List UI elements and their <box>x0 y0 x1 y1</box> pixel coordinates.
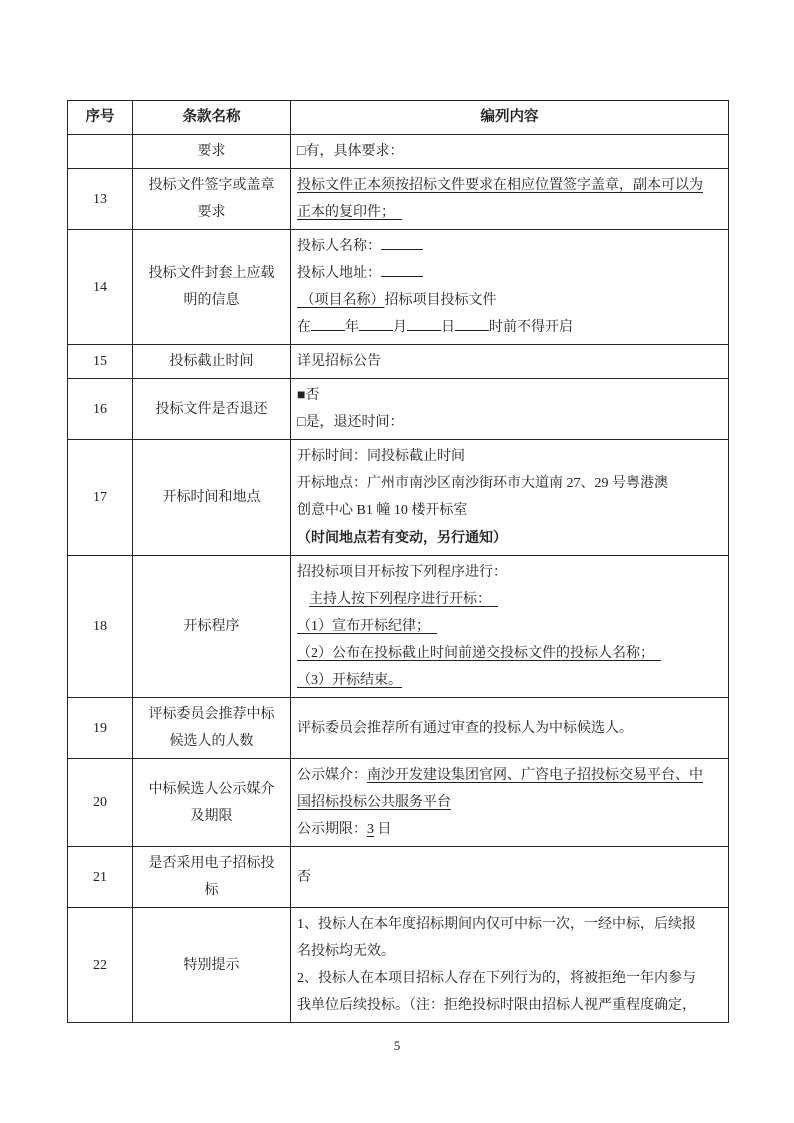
text-run: 国招标投标公共服务平台 <box>297 795 451 810</box>
content-line: 1、投标人在本年度招标期间内仅可中标一次，一经中标，后续报 <box>297 911 712 938</box>
content-line: 公示媒介：南沙开发建设集团官网、广咨电子招投标交易平台、中 <box>297 762 712 789</box>
row-number: 20 <box>68 759 133 847</box>
blank-field <box>359 318 393 331</box>
col-header-no: 序号 <box>68 101 133 135</box>
clause-name: 投标文件是否退还 <box>133 379 291 440</box>
table-header-row: 序号 条款名称 编列内容 <box>68 101 729 135</box>
text-run: 有，具体要求： <box>305 144 403 159</box>
text-run: （1）宣布开标纪律； <box>297 619 437 634</box>
clause-name: 中标候选人公示媒介及期限 <box>133 759 291 847</box>
clause-content: 投标文件正本须按招标文件要求在相应位置签字盖章，副本可以为正本的复印件； <box>291 169 729 230</box>
text-run: 1、投标人在本年度招标期间内仅可中标一次，一经中标，后续报 <box>297 917 696 932</box>
content-line: 主持人按下列程序进行开标： <box>297 586 712 613</box>
row-number <box>68 135 133 169</box>
row-number: 21 <box>68 847 133 908</box>
text-run: 否 <box>297 870 311 885</box>
row-number: 19 <box>68 698 133 759</box>
text-run: 日 <box>441 320 455 335</box>
content-line: 在年月日时前不得开启 <box>297 314 712 341</box>
clause-name: 开标程序 <box>133 556 291 698</box>
text-run: 公示期限： <box>297 822 367 837</box>
col-header-clause-name: 条款名称 <box>133 101 291 135</box>
table-row: 21是否采用电子招标投标否 <box>68 847 729 908</box>
table-row: 19评标委员会推荐中标候选人的人数评标委员会推荐所有通过审查的投标人为中标候选人… <box>68 698 729 759</box>
content-line: 评标委员会推荐所有通过审查的投标人为中标候选人。 <box>297 715 712 742</box>
table-row: 13投标文件签字或盖章要求投标文件正本须按招标文件要求在相应位置签字盖章，副本可… <box>68 169 729 230</box>
text-run: 评标委员会推荐所有通过审查的投标人为中标候选人。 <box>297 721 633 736</box>
content-line: □是，退还时间： <box>297 409 712 436</box>
text-run: 否 <box>305 388 319 403</box>
text-run: 开标地点：广州市南沙区南沙街环市大道南 27、29 号粤港澳 <box>297 476 668 491</box>
text-run: 主持人按下列程序进行开标： <box>309 592 498 607</box>
text-run: （项目名称） <box>297 293 385 308</box>
text-run: 我单位后续投标。（注：拒绝投标时限由招标人视严重程度确定， <box>297 998 696 1013</box>
text-run: 2、投标人在本项目招标人存在下列行为的，将被拒绝一年内参与 <box>297 971 696 986</box>
text-run: 投标文件正本须按招标文件要求在相应位置签字盖章，副本可以为 <box>297 178 703 193</box>
text-run: （2）公布在投标截止时间前递交投标文件的投标人名称； <box>297 646 661 661</box>
clause-content: 公示媒介：南沙开发建设集团官网、广咨电子招投标交易平台、中国招标投标公共服务平台… <box>291 759 729 847</box>
blank-field <box>311 318 345 331</box>
content-line: 公示期限：3 日 <box>297 816 712 843</box>
clause-name: 是否采用电子招标投标 <box>133 847 291 908</box>
text-run: 创意中心 B1 幢 10 楼开标室 <box>297 503 467 518</box>
content-line: 开标时间：同投标截止时间 <box>297 443 712 470</box>
clause-name: 特别提示 <box>133 908 291 1023</box>
content-line: □有，具体要求： <box>297 138 712 165</box>
table-row: 22特别提示1、投标人在本年度招标期间内仅可中标一次，一经中标，后续报名投标均无… <box>68 908 729 1023</box>
content-line: 2、投标人在本项目招标人存在下列行为的，将被拒绝一年内参与 <box>297 965 712 992</box>
clause-content: 开标时间：同投标截止时间开标地点：广州市南沙区南沙街环市大道南 27、29 号粤… <box>291 440 729 556</box>
text-run: 详见招标公告 <box>297 354 381 369</box>
text-run: 日 <box>374 822 392 837</box>
content-line: 招投标项目开标按下列程序进行： <box>297 559 712 586</box>
content-line: 我单位后续投标。（注：拒绝投标时限由招标人视严重程度确定， <box>297 992 712 1019</box>
text-run: 投标人名称： <box>297 239 381 254</box>
content-line: （2）公布在投标截止时间前递交投标文件的投标人名称； <box>297 640 712 667</box>
blank-field <box>407 318 441 331</box>
text-run: 招投标项目开标按下列程序进行： <box>297 565 507 580</box>
clause-name: 投标文件签字或盖章要求 <box>133 169 291 230</box>
row-number: 18 <box>68 556 133 698</box>
content-line: ■否 <box>297 382 712 409</box>
content-line: （时间地点若有变动，另行通知） <box>297 524 712 552</box>
blank-field <box>455 318 489 331</box>
content-line: 投标人名称： <box>297 233 712 260</box>
table-row: 15投标截止时间详见招标公告 <box>68 345 729 379</box>
table-row: 14投标文件封套上应载明的信息投标人名称：投标人地址： （项目名称）招标项目投标… <box>68 230 729 345</box>
content-line: 创意中心 B1 幢 10 楼开标室 <box>297 497 712 524</box>
text-run: 月 <box>393 320 407 335</box>
row-number: 17 <box>68 440 133 556</box>
clause-name: 评标委员会推荐中标候选人的人数 <box>133 698 291 759</box>
text-run: 名投标均无效。 <box>297 944 395 959</box>
content-line: 投标人地址： <box>297 260 712 287</box>
content-line: 正本的复印件； <box>297 199 712 226</box>
text-run: 开标时间：同投标截止时间 <box>297 449 465 464</box>
clause-name: 要求 <box>133 135 291 169</box>
content-line: （1）宣布开标纪律； <box>297 613 712 640</box>
text-run: （时间地点若有变动，另行通知） <box>297 529 507 545</box>
content-line: 国招标投标公共服务平台 <box>297 789 712 816</box>
table-row: 17开标时间和地点开标时间：同投标截止时间开标地点：广州市南沙区南沙街环市大道南… <box>68 440 729 556</box>
table-row: 16投标文件是否退还■否□是，退还时间： <box>68 379 729 440</box>
table-row: 18开标程序招投标项目开标按下列程序进行：主持人按下列程序进行开标： （1）宣布… <box>68 556 729 698</box>
clause-name: 投标截止时间 <box>133 345 291 379</box>
page-number: 5 <box>0 1038 794 1054</box>
clause-content: 1、投标人在本年度招标期间内仅可中标一次，一经中标，后续报名投标均无效。2、投标… <box>291 908 729 1023</box>
text-run: 投标人地址： <box>297 266 381 281</box>
row-number: 15 <box>68 345 133 379</box>
text-run: 在 <box>297 320 311 335</box>
text-run: 3 <box>367 822 374 837</box>
text-run: 时前不得开启 <box>489 320 573 335</box>
text-run: （3）开标结束。 <box>297 673 402 688</box>
text-run: 公示媒介： <box>297 768 367 783</box>
clause-name: 投标文件封套上应载明的信息 <box>133 230 291 345</box>
content-line: 投标文件正本须按招标文件要求在相应位置签字盖章，副本可以为 <box>297 172 712 199</box>
document-page: 序号 条款名称 编列内容 要求□有，具体要求：13投标文件签字或盖章要求投标文件… <box>0 0 794 1123</box>
clause-content: ■否□是，退还时间： <box>291 379 729 440</box>
row-number: 22 <box>68 908 133 1023</box>
content-line: （项目名称）招标项目投标文件 <box>297 287 712 314</box>
col-header-content: 编列内容 <box>291 101 729 135</box>
row-number: 16 <box>68 379 133 440</box>
text-run: 招标项目投标文件 <box>385 293 497 308</box>
clauses-table: 序号 条款名称 编列内容 要求□有，具体要求：13投标文件签字或盖章要求投标文件… <box>67 100 729 1023</box>
clause-content: 招投标项目开标按下列程序进行：主持人按下列程序进行开标： （1）宣布开标纪律； … <box>291 556 729 698</box>
blank-field <box>381 264 423 277</box>
content-line: 开标地点：广州市南沙区南沙街环市大道南 27、29 号粤港澳 <box>297 470 712 497</box>
content-line: 名投标均无效。 <box>297 938 712 965</box>
clause-content: 投标人名称：投标人地址： （项目名称）招标项目投标文件在年月日时前不得开启 <box>291 230 729 345</box>
row-number: 14 <box>68 230 133 345</box>
blank-field <box>381 237 423 250</box>
text-run: 是，退还时间： <box>305 415 403 430</box>
content-line: 详见招标公告 <box>297 348 712 375</box>
content-line: （3）开标结束。 <box>297 667 712 694</box>
text-run: 年 <box>345 320 359 335</box>
clause-content: 详见招标公告 <box>291 345 729 379</box>
row-number: 13 <box>68 169 133 230</box>
content-line: 否 <box>297 864 712 891</box>
clause-name: 开标时间和地点 <box>133 440 291 556</box>
clause-content: 评标委员会推荐所有通过审查的投标人为中标候选人。 <box>291 698 729 759</box>
table-row: 20中标候选人公示媒介及期限公示媒介：南沙开发建设集团官网、广咨电子招投标交易平… <box>68 759 729 847</box>
table-row: 要求□有，具体要求： <box>68 135 729 169</box>
text-run: 正本的复印件； <box>297 205 402 220</box>
clause-content: □有，具体要求： <box>291 135 729 169</box>
text-run: 南沙开发建设集团官网、广咨电子招投标交易平台、中 <box>367 768 703 783</box>
spacer <box>297 602 309 603</box>
clause-content: 否 <box>291 847 729 908</box>
